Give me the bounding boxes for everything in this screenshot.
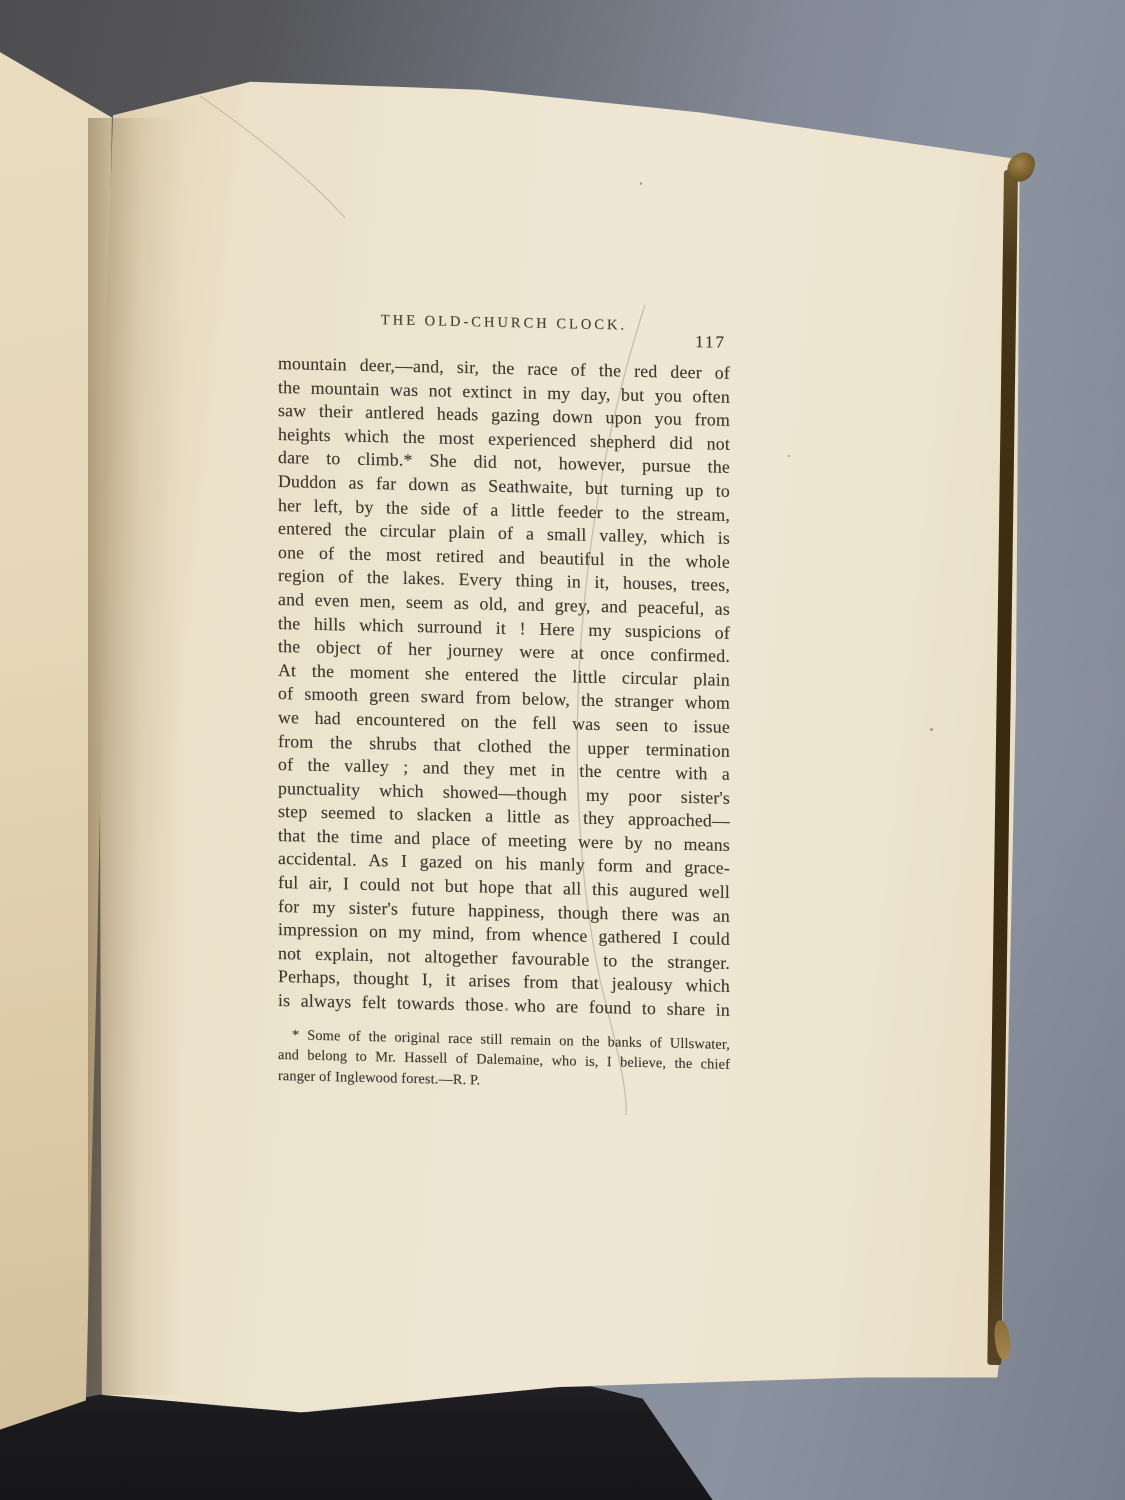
footnote: * Some of the original race still remain… bbox=[278, 1025, 730, 1097]
paper-speck bbox=[788, 455, 790, 457]
book-photograph: THE OLD-CHURCH CLOCK. 117 mountain deer,… bbox=[0, 0, 1125, 1500]
page-number: 117 bbox=[695, 332, 726, 353]
gutter-shadow bbox=[88, 118, 183, 1395]
body-text: mountain deer,—and, sir, the race of the… bbox=[278, 352, 730, 1022]
paper-speck bbox=[640, 182, 642, 185]
paper-speck bbox=[930, 728, 933, 731]
printed-text-block: THE OLD-CHURCH CLOCK. 117 mountain deer,… bbox=[278, 310, 730, 1097]
